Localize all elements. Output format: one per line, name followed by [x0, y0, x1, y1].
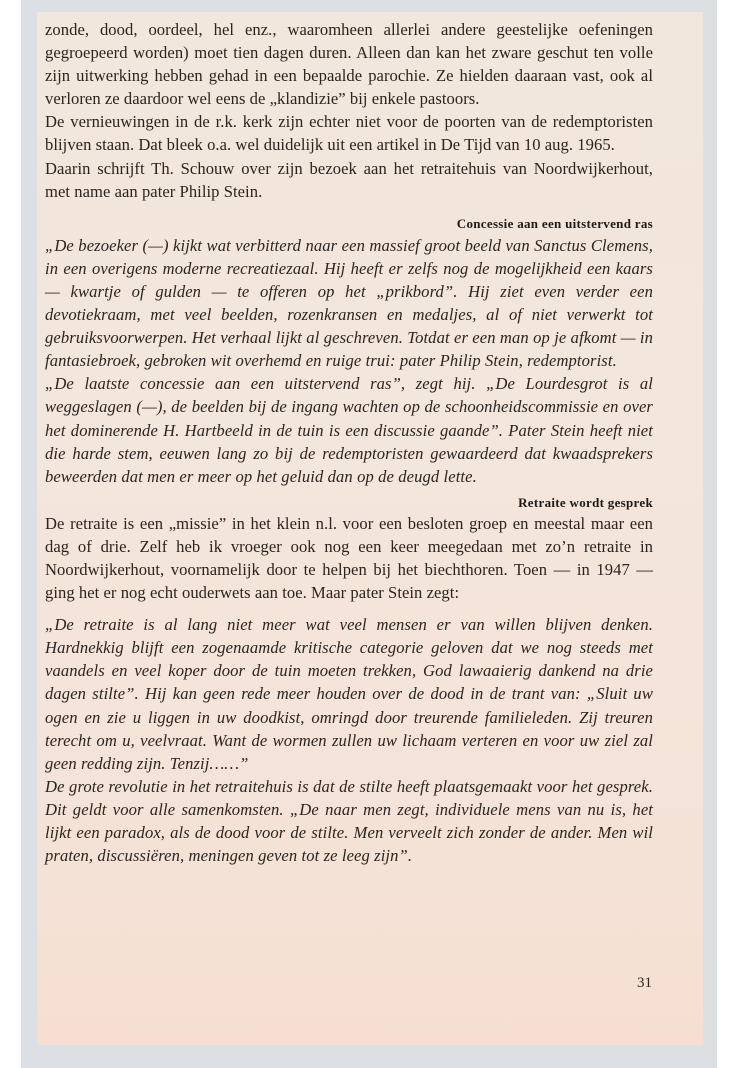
paragraph-intro-1: zonde, dood, oordeel, hel enz., waaromhe…	[45, 18, 653, 110]
paragraph-intro-2: De vernieuwingen in de r.k. kerk zijn ec…	[45, 110, 653, 156]
section-heading-concessie: Concessie aan een uitstervend ras	[45, 215, 653, 233]
quote-paragraph-4: De grote revolutie in het retraitehuis i…	[45, 775, 653, 867]
page-number: 31	[600, 975, 652, 992]
quote-paragraph-2: „De laatste concessie aan een uitsterven…	[45, 372, 653, 487]
text-column: zonde, dood, oordeel, hel enz., waaromhe…	[45, 18, 653, 867]
paragraph-retraite: De retraite is een „missie” in het klein…	[45, 512, 653, 604]
quote-paragraph-1: „De bezoeker (—) kijkt wat verbitterd na…	[45, 234, 653, 373]
section-heading-retraite: Retraite wordt gesprek	[45, 494, 653, 512]
quote-paragraph-3: „De retraite is al lang niet meer wat ve…	[45, 613, 653, 775]
paragraph-intro-3: Daarin schrijft Th. Schouw over zijn bez…	[45, 157, 653, 203]
